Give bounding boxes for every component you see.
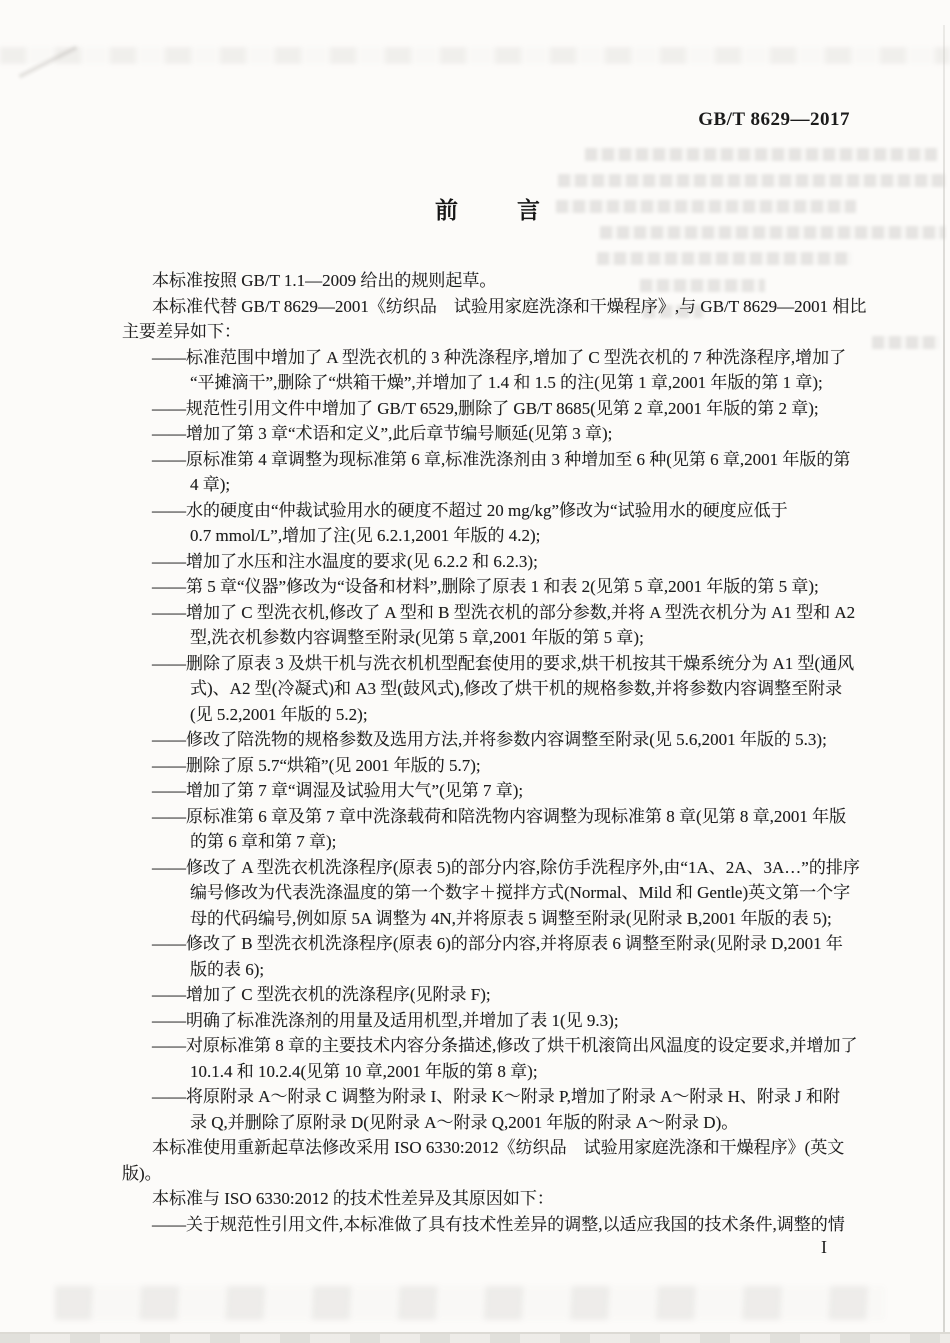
text-line: ——将原附录 A～附录 C 调整为附录 I、附录 K～附录 P,增加了附录 A～… — [152, 1084, 868, 1110]
text-line: “平摊滴干”,删除了“烘箱干燥”,并增加了 1.4 和 1.5 的注(见第 1 … — [190, 370, 868, 396]
page-bottom-edge — [0, 1332, 950, 1334]
foreword-title-char: 前 — [435, 192, 459, 225]
text-line: ——标准范围中增加了 A 型洗衣机的 3 种洗涤程序,增加了 C 型洗衣机的 7… — [152, 345, 868, 371]
text-line: 4 章); — [190, 472, 868, 498]
text-line: ——增加了第 3 章“术语和定义”,此后章节编号顺延(见第 3 章); — [152, 421, 868, 447]
text-line: 版的表 6); — [190, 957, 868, 983]
text-line: ——增加了 C 型洗衣机,修改了 A 型和 B 型洗衣机的部分参数,并将 A 型… — [152, 600, 868, 626]
text-line: ——增加了第 7 章“调湿及试验用大气”(见第 7 章); — [152, 778, 868, 804]
text-line: 编号修改为代表洗涤温度的第一个数字＋搅拌方式(Normal、Mild 和 Gen… — [190, 880, 868, 906]
text-line: ——水的硬度由“仲裁试验用水的硬度不超过 20 mg/kg”修改为“试验用水的硬… — [152, 498, 868, 524]
text-line: ——对原标准第 8 章的主要技术内容分条描述,修改了烘干机滚筒出风温度的设定要求… — [152, 1033, 868, 1059]
scan-corner-scratch — [19, 46, 78, 79]
text-line: 本标准使用重新起草法修改采用 ISO 6330:2012《纺织品 试验用家庭洗涤… — [152, 1135, 868, 1161]
text-line: ——修改了 A 型洗衣机洗涤程序(原表 5)的部分内容,除仿手洗程序外,由“1A… — [152, 855, 868, 881]
bleed-through-text — [597, 252, 852, 265]
bleed-through-text — [585, 148, 937, 161]
text-line: 本标准按照 GB/T 1.1—2009 给出的规则起草。 — [152, 268, 868, 294]
text-line: ——关于规范性引用文件,本标准做了具有技术性差异的调整,以适应我国的技术条件,调… — [152, 1212, 868, 1238]
text-line: ——原标准第 6 章及第 7 章中洗涤载荷和陪洗物内容调整为现标准第 8 章(见… — [152, 804, 868, 830]
text-line: ——原标准第 4 章调整为现标准第 6 章,标准洗涤剂由 3 种增加至 6 种(… — [152, 447, 868, 473]
scan-top-band — [0, 47, 950, 64]
bleed-through-text — [600, 226, 945, 239]
text-line: 0.7 mmol/L”,增加了注(见 6.2.1,2001 年版的 4.2); — [190, 523, 868, 549]
foreword-title: 前 言 — [13, 192, 950, 225]
document-page: GB/T 8629—2017 前 言 本标准按照 GB/T 1.1—2009 给… — [0, 0, 950, 1343]
text-line: 主要差异如下： — [122, 319, 868, 345]
scan-bottom-strip — [0, 1334, 950, 1343]
text-line: 本标准与 ISO 6330:2012 的技术性差异及其原因如下： — [152, 1186, 868, 1212]
text-line: ——增加了水压和注水温度的要求(见 6.2.2 和 6.2.3); — [152, 549, 868, 575]
text-line: ——修改了 B 型洗衣机洗涤程序(原表 6)的部分内容,并将原表 6 调整至附录… — [152, 931, 868, 957]
standard-number: GB/T 8629—2017 — [698, 109, 850, 131]
text-line: 本标准代替 GB/T 8629—2001《纺织品 试验用家庭洗涤和干燥程序》,与… — [152, 294, 868, 320]
foreword-title-char: 言 — [517, 192, 541, 225]
text-line: 10.1.4 和 10.2.4(见第 10 章,2001 年版的第 8 章); — [190, 1059, 868, 1085]
text-line: ——第 5 章“仪器”修改为“设备和材料”,删除了原表 1 和表 2(见第 5 … — [152, 574, 868, 600]
text-line: 型,洗衣机参数内容调整至附录(见第 5 章,2001 年版的第 5 章); — [190, 625, 868, 651]
text-line: 版)。 — [122, 1161, 868, 1187]
text-line: (见 5.2,2001 年版的 5.2); — [190, 702, 868, 728]
text-line: ——增加了 C 型洗衣机的洗涤程序(见附录 F); — [152, 982, 868, 1008]
bleed-through-text — [558, 174, 946, 187]
text-line: 的第 6 章和第 7 章); — [190, 829, 868, 855]
text-line: ——删除了原 5.7“烘箱”(见 2001 年版的 5.7); — [152, 753, 868, 779]
text-line: ——明确了标准洗涤剂的用量及适用机型,并增加了表 1(见 9.3); — [152, 1008, 868, 1034]
foreword-body: 本标准按照 GB/T 1.1—2009 给出的规则起草。本标准代替 GB/T 8… — [122, 268, 868, 1237]
text-line: ——修改了陪洗物的规格参数及选用方法,并将参数内容调整至附录(见 5.6,200… — [152, 727, 868, 753]
text-line: 式)、A2 型(冷凝式)和 A3 型(鼓风式),修改了烘干机的规格参数,并将参数… — [190, 676, 868, 702]
bleed-through-band — [55, 1286, 885, 1320]
bleed-through-text — [872, 336, 940, 349]
text-line: 录 Q,并删除了原附录 D(见附录 A～附录 Q,2001 年版的附录 A～附录… — [190, 1110, 868, 1136]
page-number: I — [821, 1237, 827, 1258]
text-line: ——规范性引用文件中增加了 GB/T 6529,删除了 GB/T 8685(见第… — [152, 396, 868, 422]
text-line: ——删除了原表 3 及烘干机与洗衣机机型配套使用的要求,烘干机按其干燥系统分为 … — [152, 651, 868, 677]
text-line: 母的代码编号,例如原 5A 调整为 4N,并将原表 5 调整至附录(见附录 B,… — [190, 906, 868, 932]
